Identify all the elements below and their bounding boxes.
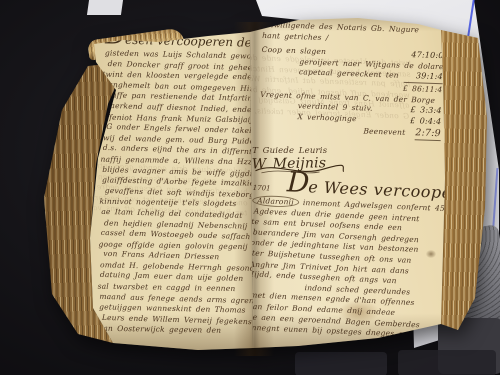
left-page-text: Desen vercooperen de weese genaemt giste… (99, 27, 256, 337)
white-backdrop-sliver (87, 0, 123, 15)
account-amount: 47:10:0 (411, 50, 444, 62)
open-book: Agdeves duen drie gaende geen intrent te… (38, 14, 492, 362)
signature: W Meijnis (252, 156, 440, 170)
total-label: Beenevent (363, 127, 405, 139)
subtotal-amount: £ 86:11:4 (403, 82, 443, 96)
account-label: Coop en slagen (262, 45, 327, 58)
right-page-second-entry: 1701 De Wees vercooperen Uitspanij Aldar… (247, 170, 454, 342)
left-margin-year: 1701 (54, 30, 75, 41)
photo-of-open-manuscript-book: Agdeves duen drie gaende geen intrent te… (0, 0, 500, 375)
signature: T Guiede Leuris (252, 146, 440, 157)
right-margin-year: 1701 (253, 184, 271, 193)
account-amount: £ 0:4:4 (410, 116, 442, 128)
account-label: X verhooginge (297, 112, 357, 125)
manuscript-line: wan Oosterwijck gegeven den (97, 324, 249, 337)
total-amount: 2:7:9 (415, 129, 441, 141)
right-page-upper-text: Jetwilligende des Notaris Gb. Nugure han… (257, 20, 444, 181)
